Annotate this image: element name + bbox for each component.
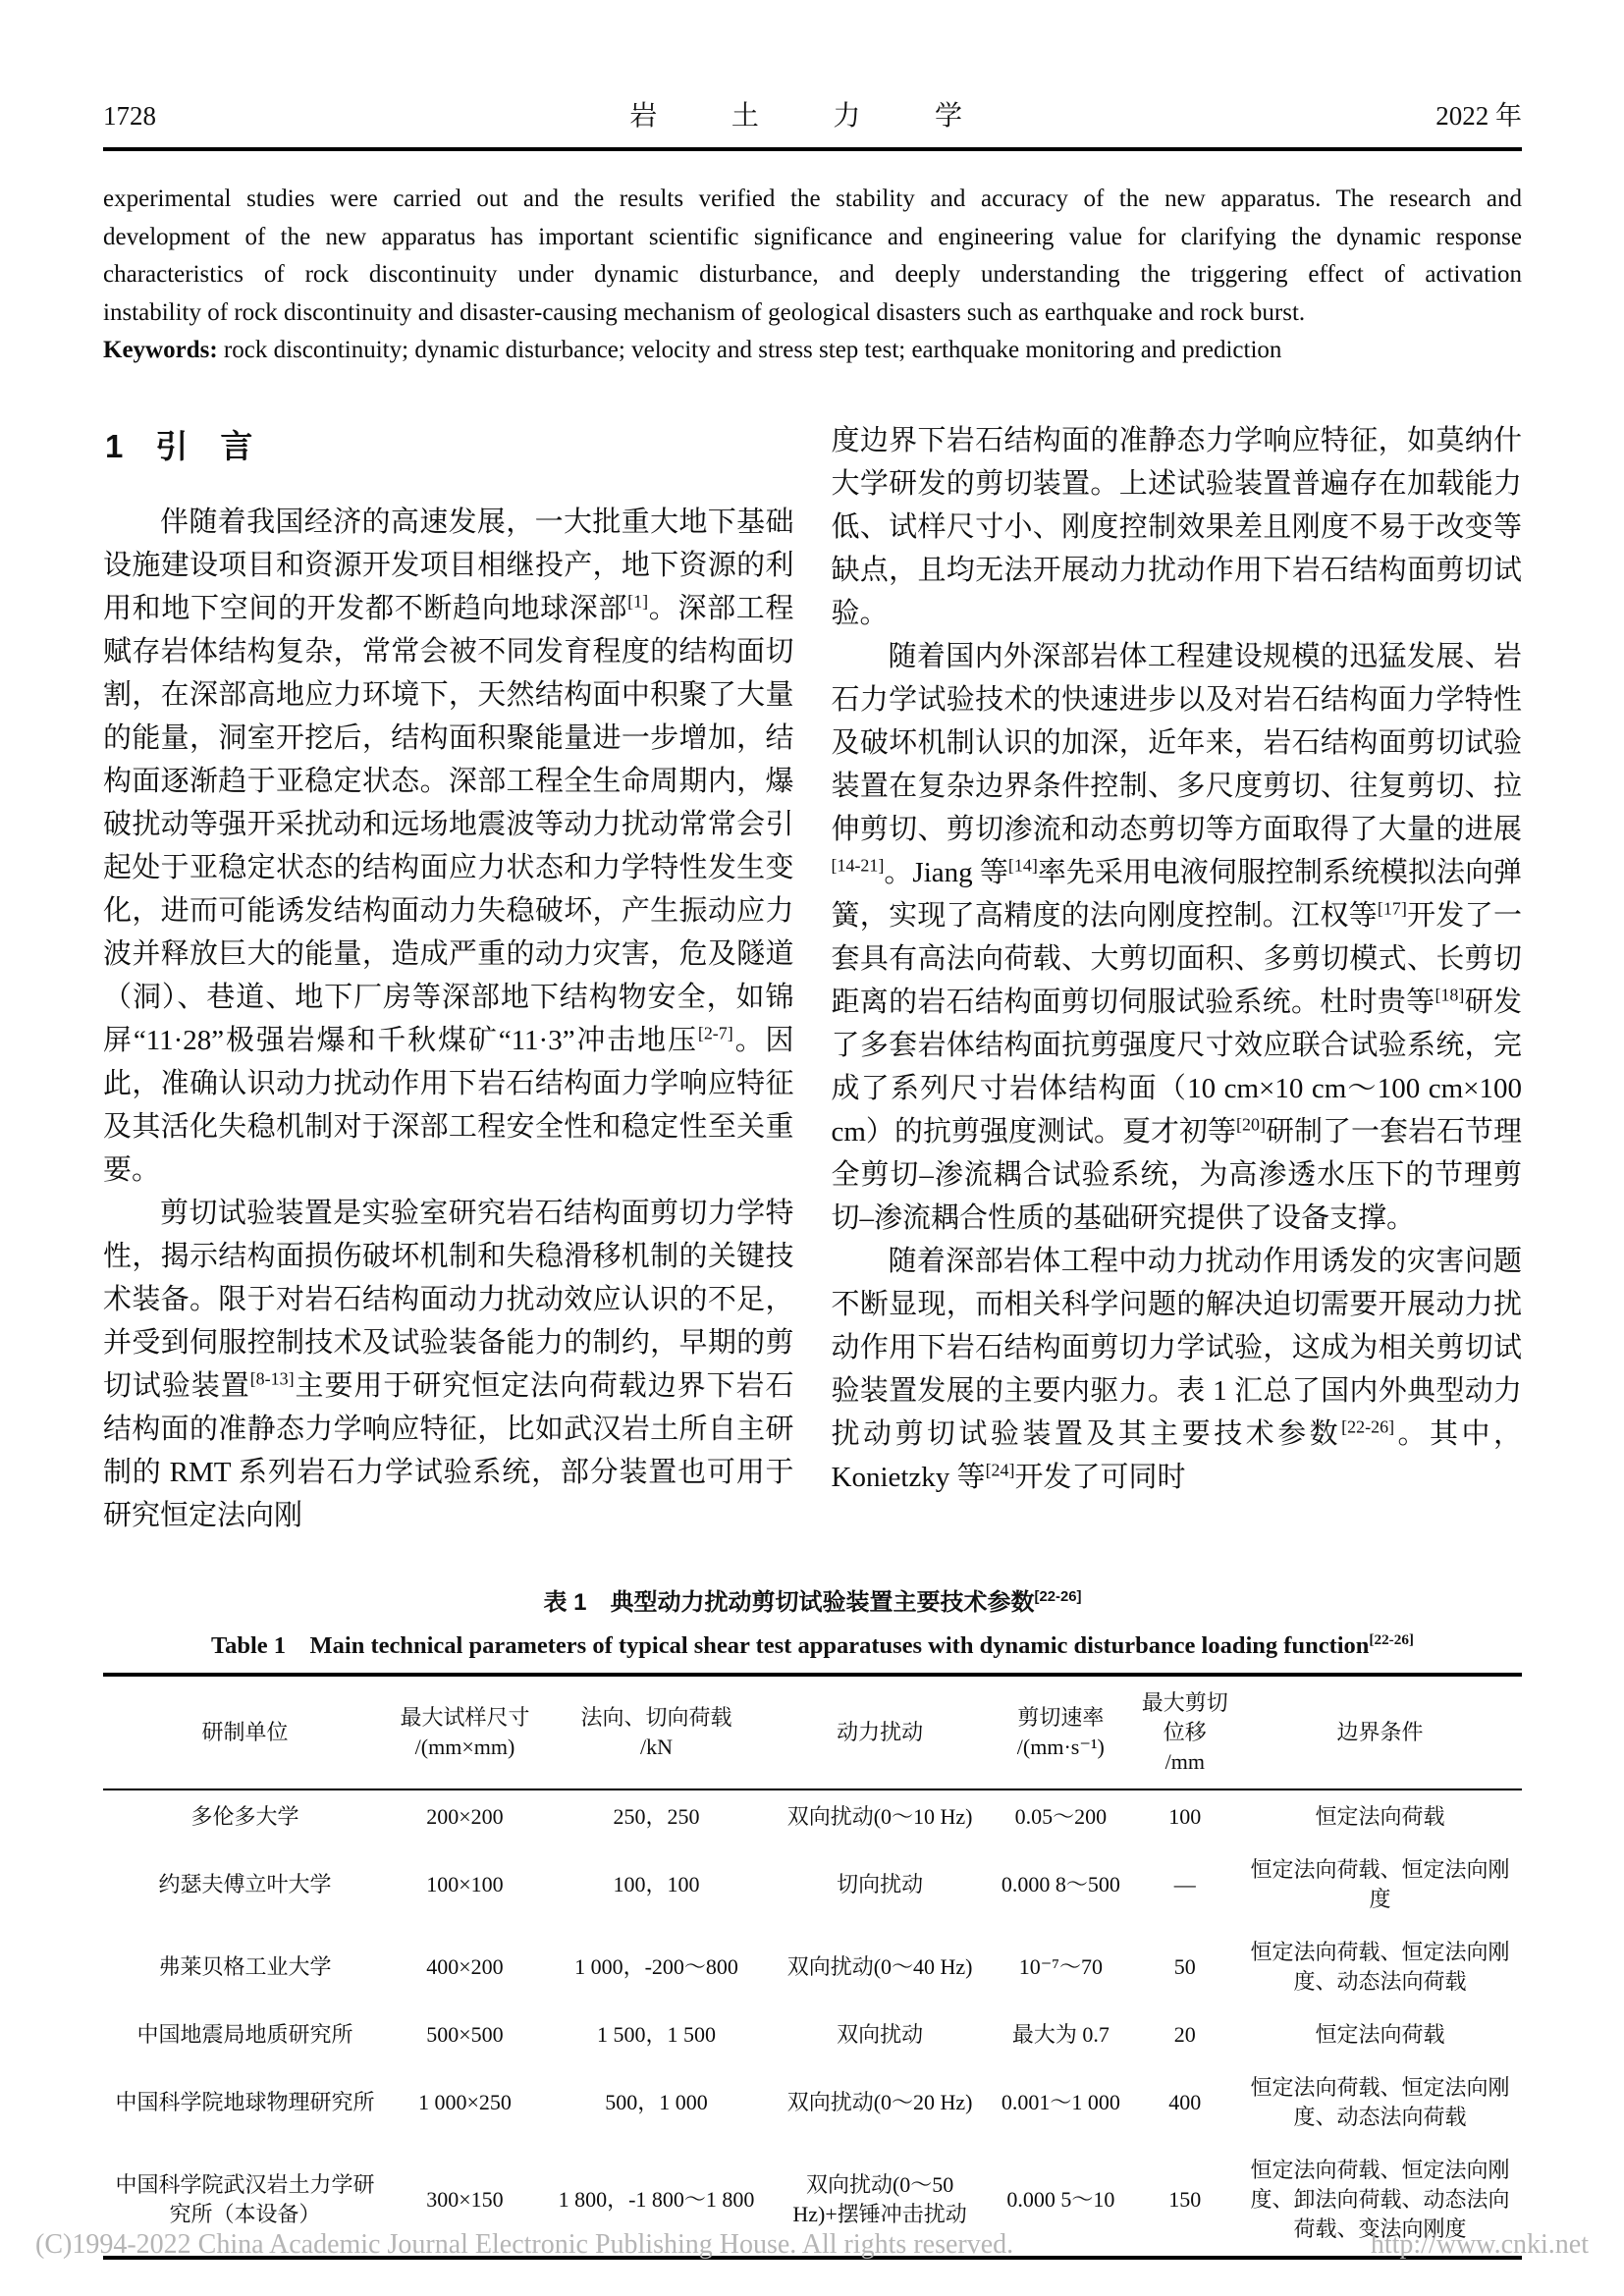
table-row: 多伦多大学200×200250，250双向扰动(0～10 Hz)0.05～200…	[103, 1789, 1522, 1843]
abstract-line: instability of rock discontinuity and di…	[103, 294, 1522, 333]
table-cell: 50	[1132, 1926, 1238, 2008]
abstract-line: development of the new apparatus has imp…	[103, 219, 1522, 257]
table-cell: 400×200	[387, 1926, 543, 2008]
reference-superscript: [20]	[1236, 1114, 1266, 1134]
table-cell: 双向扰动(0～40 Hz)	[770, 1926, 990, 2008]
table-cell: 20	[1132, 2008, 1238, 2061]
reference-superscript: [2-7]	[698, 1023, 733, 1042]
table-cell: 400	[1132, 2061, 1238, 2144]
table-cell: 恒定法向荷载、恒定法向刚度	[1238, 1843, 1522, 1926]
table-cell: 1 000，-200～800	[543, 1926, 770, 2008]
reference-superscript: [22-26]	[1341, 1416, 1394, 1436]
year-label: 2022 年	[1435, 94, 1522, 133]
keywords-text: rock discontinuity; dynamic disturbance;…	[218, 337, 1282, 363]
table-cell: 恒定法向荷载	[1238, 1789, 1522, 1843]
column-header: 法向、切向荷载/kN	[543, 1675, 770, 1789]
paragraph: 伴随着我国经济的高速发展，一大批重大地下基础设施建设项目和资源开发项目相继投产，…	[103, 501, 794, 1192]
column-header: 研制单位	[103, 1675, 387, 1789]
introduction-section: 1 引 言 伴随着我国经济的高速发展，一大批重大地下基础设施建设项目和资源开发项…	[103, 419, 1522, 1537]
column-header: 最大剪切位移/mm	[1132, 1675, 1238, 1789]
journal-page: 1728 岩 土 力 学 2022 年 experimental studies…	[0, 0, 1624, 2296]
reference-superscript: [14-21]	[832, 855, 885, 875]
keywords-line: Keywords: rock discontinuity; dynamic di…	[103, 332, 1522, 370]
table-caption-en: Table 1 Main technical parameters of typ…	[103, 1627, 1522, 1661]
table-cell: 500，1 000	[543, 2061, 770, 2144]
table-row: 弗莱贝格工业大学400×2001 000，-200～800双向扰动(0～40 H…	[103, 1926, 1522, 2008]
table-cell: 约瑟夫傅立叶大学	[103, 1843, 387, 1926]
paragraph: 随着深部岩体工程中动力扰动作用诱发的灾害问题不断显现，而相关科学问题的解决迫切需…	[832, 1240, 1523, 1499]
table-cell: 双向扰动(0～10 Hz)	[770, 1789, 990, 1843]
table-cell: 1 500，1 500	[543, 2008, 770, 2061]
table-1-block: 表 1 典型动力扰动剪切试验装置主要技术参数[22-26] Table 1 Ma…	[103, 1582, 1522, 2260]
column-header: 最大试样尺寸/(mm×mm)	[387, 1675, 543, 1789]
abstract-line: experimental studies were carried out an…	[103, 181, 1522, 219]
table-row: 中国地震局地质研究所500×5001 500，1 500双向扰动最大为 0.72…	[103, 2008, 1522, 2061]
journal-title: 岩 土 力 学	[606, 94, 985, 133]
table-head: 研制单位最大试样尺寸/(mm×mm)法向、切向荷载/kN动力扰动剪切速率/(mm…	[103, 1675, 1522, 1789]
reference-superscript: [14]	[1008, 855, 1038, 875]
table-cell: 双向扰动(0～20 Hz)	[770, 2061, 990, 2144]
table-cell: 恒定法向荷载	[1238, 2008, 1522, 2061]
table-caption-zh: 表 1 典型动力扰动剪切试验装置主要技术参数[22-26]	[103, 1582, 1522, 1617]
table-cell: 200×200	[387, 1789, 543, 1843]
reference-superscript: [22-26]	[1369, 1630, 1414, 1647]
reference-superscript: [22-26]	[1035, 1589, 1082, 1605]
reference-superscript: [18]	[1435, 985, 1464, 1004]
right-column: 度边界下岩石结构面的准静态力学响应特征，如莫纳什大学研发的剪切装置。上述试验装置…	[832, 419, 1523, 1537]
column-header: 剪切速率/(mm·s⁻¹)	[990, 1675, 1132, 1789]
table-cell: 0.001～1 000	[990, 2061, 1132, 2144]
table-cell: 250，250	[543, 1789, 770, 1843]
page-footer: (C)1994-2022 China Academic Journal Elec…	[35, 2229, 1589, 2261]
paragraph: 度边界下岩石结构面的准静态力学响应特征，如莫纳什大学研发的剪切装置。上述试验装置…	[832, 419, 1523, 635]
table-cell: 100，100	[543, 1843, 770, 1926]
table-cell: 弗莱贝格工业大学	[103, 1926, 387, 2008]
reference-superscript: [1]	[627, 591, 648, 611]
table-cell: 1 000×250	[387, 2061, 543, 2144]
keywords-label: Keywords:	[103, 337, 218, 363]
copyright-text: (C)1994-2022 China Academic Journal Elec…	[35, 2229, 1013, 2261]
table-row: 中国科学院地球物理研究所1 000×250500，1 000双向扰动(0～20 …	[103, 2061, 1522, 2144]
page-number: 1728	[103, 101, 156, 132]
table-cell: 双向扰动	[770, 2008, 990, 2061]
table-row: 约瑟夫傅立叶大学100×100100，100切向扰动0.000 8～500—恒定…	[103, 1843, 1522, 1926]
table-cell: 恒定法向荷载、恒定法向刚度、动态法向荷载	[1238, 1926, 1522, 2008]
table-cell: 切向扰动	[770, 1843, 990, 1926]
table-cell: 500×500	[387, 2008, 543, 2061]
reference-superscript: [17]	[1378, 898, 1407, 918]
table-cell: 恒定法向荷载、恒定法向刚度、动态法向荷载	[1238, 2061, 1522, 2144]
parameters-table: 研制单位最大试样尺寸/(mm×mm)法向、切向荷载/kN动力扰动剪切速率/(mm…	[103, 1673, 1522, 2260]
column-header: 动力扰动	[770, 1675, 990, 1789]
table-cell: 最大为 0.7	[990, 2008, 1132, 2061]
abstract-line: characteristics of rock discontinuity un…	[103, 256, 1522, 294]
table-body: 多伦多大学200×200250，250双向扰动(0～10 Hz)0.05～200…	[103, 1789, 1522, 2258]
table-cell: —	[1132, 1843, 1238, 1926]
table-cell: 100×100	[387, 1843, 543, 1926]
paragraph: 随着国内外深部岩体工程建设规模的迅猛发展、岩石力学试验技术的快速进步以及对岩石结…	[832, 635, 1523, 1240]
running-head: 1728 岩 土 力 学 2022 年	[103, 94, 1522, 133]
section-heading: 1 引 言	[105, 421, 794, 467]
column-header: 边界条件	[1238, 1675, 1522, 1789]
table-cell: 中国科学院地球物理研究所	[103, 2061, 387, 2144]
reference-superscript: [8-13]	[250, 1368, 295, 1388]
table-cell: 中国地震局地质研究所	[103, 2008, 387, 2061]
english-abstract: experimental studies were carried out an…	[103, 181, 1522, 370]
table-cell: 10⁻⁷～70	[990, 1926, 1132, 2008]
reference-superscript: [24]	[986, 1460, 1015, 1479]
table-cell: 0.000 8～500	[990, 1843, 1132, 1926]
cnki-url: http://www.cnki.net	[1371, 2229, 1589, 2261]
paragraph: 剪切试验装置是实验室研究岩石结构面剪切力学特性，揭示结构面损伤破坏机制和失稳滑移…	[103, 1192, 794, 1537]
table-cell: 0.05～200	[990, 1789, 1132, 1843]
table-cell: 多伦多大学	[103, 1789, 387, 1843]
table-header-row: 研制单位最大试样尺寸/(mm×mm)法向、切向荷载/kN动力扰动剪切速率/(mm…	[103, 1675, 1522, 1789]
header-divider	[103, 147, 1522, 151]
table-cell: 100	[1132, 1789, 1238, 1843]
left-column: 1 引 言 伴随着我国经济的高速发展，一大批重大地下基础设施建设项目和资源开发项…	[103, 419, 794, 1537]
